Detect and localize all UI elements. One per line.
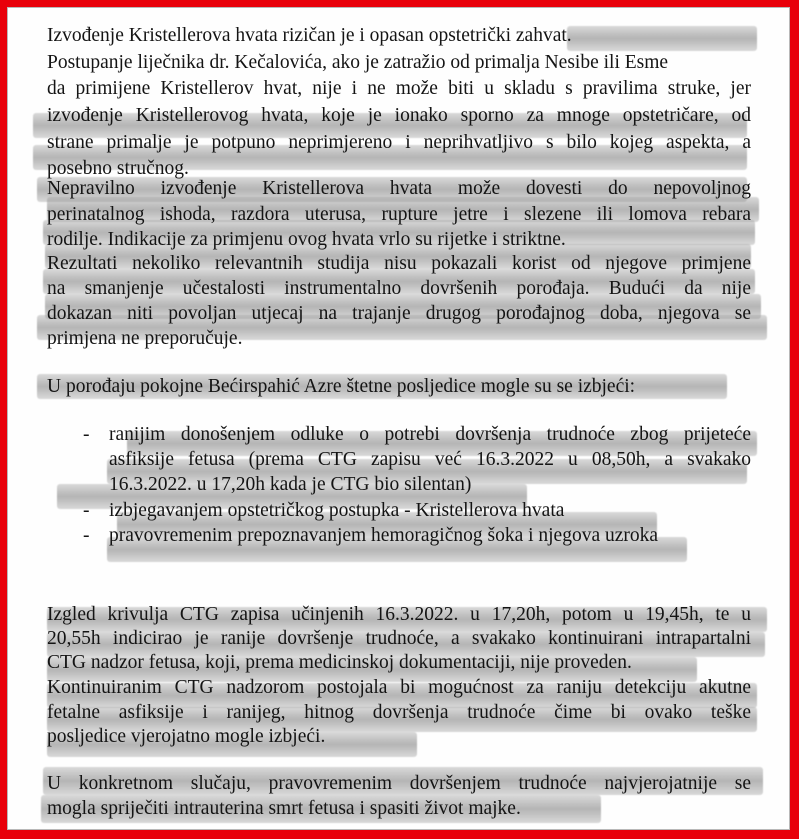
bullet-marker: - [83, 499, 90, 523]
paragraph-1-line: strane primalje je potpuno neprimjereno … [47, 131, 751, 155]
bullet-1-line: 16.3.2022. u 17,20h kada je CTG bio sile… [109, 473, 471, 497]
bullet-1-line: asfiksije fetusa (prema CTG zapisu već 1… [109, 448, 751, 472]
paragraph-4-line: posljedice vjerojatno mogle izbjeći. [47, 725, 325, 749]
bullet-marker: - [83, 423, 90, 447]
bullet-2-line: izbjegavanjem opstetričkog postupka - Kr… [109, 499, 564, 523]
paragraph-4-line: 20,55h indicirao je ranije dovršenje tru… [47, 627, 751, 651]
paragraph-1-line: Izvođenje Kristellerova hvata rizičan je… [47, 24, 572, 48]
paragraph-2-line: Nepravilno izvođenje Kristellerova hvata… [47, 177, 751, 201]
paragraph-2-line: rodilje. Indikacije za primjenu ovog hva… [47, 228, 566, 252]
paragraph-3-line: primjena ne preporučuje. [47, 327, 242, 351]
highlight-mark [567, 26, 757, 51]
list-intro: U porođaju pokojne Bećirspahić Azre štet… [47, 375, 635, 399]
paragraph-3-line: dokazan niti povoljan utjecaj na trajanj… [47, 302, 751, 326]
paragraph-1-line: izvođenje Kristellerovog hvata, koje je … [47, 104, 751, 128]
paragraph-2-line: perinatalnog ishoda, razdora uterusa, ru… [47, 203, 751, 227]
bullet-1-line: ranijim donošenjem odluke o potrebi dovr… [109, 423, 751, 447]
paragraph-4-line: fetalne asfiksije i ranijeg, hitnog dovr… [47, 701, 751, 725]
paragraph-4-line: Izgled krivulja CTG zapisa učinjenih 16.… [47, 603, 751, 627]
paragraph-1-line: da primijene Kristellerov hvat, nije i n… [47, 77, 751, 101]
paragraph-1-line: Postupanje liječnika dr. Kečalovića, ako… [47, 51, 668, 75]
paragraph-5-line: U konkretnom slučaju, pravovremenim dovr… [47, 772, 751, 796]
paragraph-3-line: na smanjenje učestalosti instrumentalno … [47, 277, 751, 301]
paragraph-5-line: mogla spriječiti intrauterina smrt fetus… [47, 797, 521, 821]
document-page: Izvođenje Kristellerova hvata rizičan je… [7, 7, 790, 830]
paragraph-4-line: Kontinuiranim CTG nadzorom postojala bi … [47, 676, 751, 700]
bullet-3-line: pravovremenim prepoznavanjem hemoragično… [109, 524, 658, 548]
paragraph-3-line: Rezultati nekoliko relevantnih studija n… [47, 252, 751, 276]
bullet-marker: - [83, 524, 90, 548]
paragraph-4-line: CTG nadzor fetusa, koji, prema medicinsk… [47, 651, 632, 675]
